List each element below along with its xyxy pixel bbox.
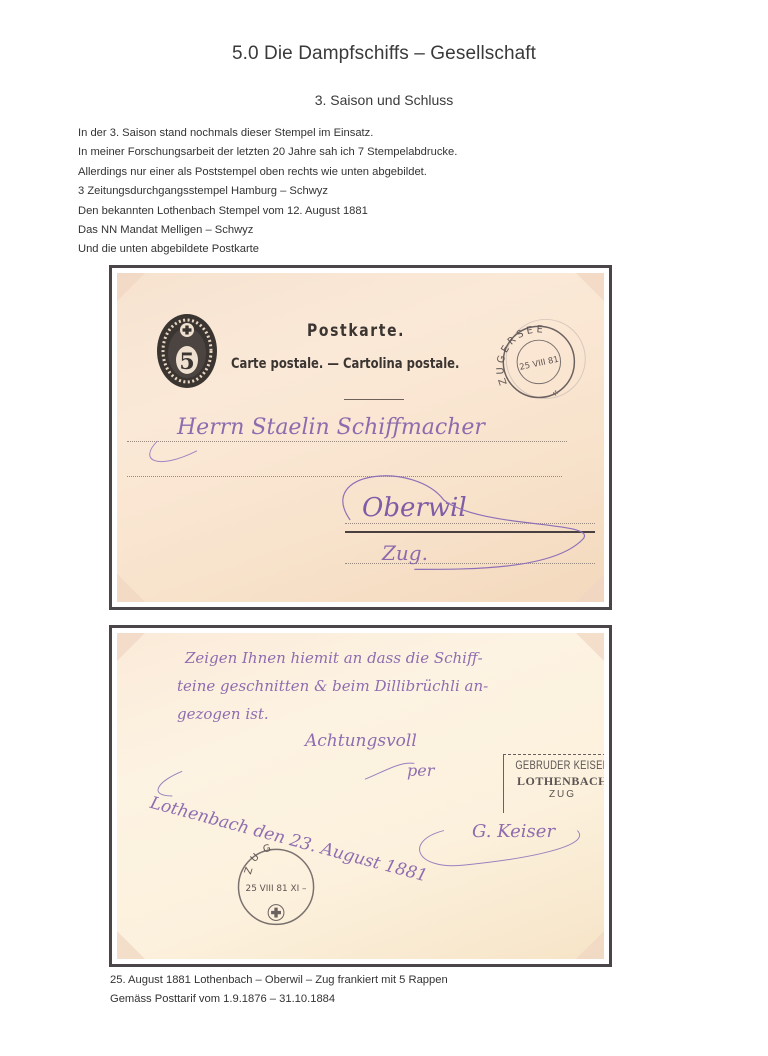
section-subtitle: 3. Saison und Schluss [0, 92, 768, 108]
intro-line: In der 3. Saison stand nochmals dieser S… [78, 124, 457, 143]
caption: 25. August 1881 Lothenbach – Oberwil – Z… [110, 971, 448, 1010]
postcard-back-frame: Zeigen Ihnen hiemit an dass die Schiff- … [109, 625, 612, 967]
caption-line: 25. August 1881 Lothenbach – Oberwil – Z… [110, 971, 448, 990]
postcard-front-frame: 5 Postkarte. Carte postale. — Cartolina … [109, 265, 612, 610]
postcard-back: Zeigen Ihnen hiemit an dass die Schiff- … [117, 633, 604, 959]
intro-line: Das NN Mandat Melligen – Schwyz [78, 221, 457, 240]
caption-line: Gemäss Posttarif vom 1.9.1876 – 31.10.18… [110, 990, 448, 1009]
intro-line: Und die unten abgebildete Postkarte [78, 240, 457, 259]
handwriting-flourish [117, 273, 604, 602]
intro-line: 3 Zeitungsdurchgangsstempel Hamburg – Sc… [78, 182, 457, 201]
intro-line: In meiner Forschungsarbeit der letzten 2… [78, 143, 457, 162]
page-title: 5.0 Die Dampfschiffs – Gesellschaft [0, 43, 768, 65]
svg-text:ZUG: ZUG [243, 841, 278, 876]
zug-cancel: ZUG 25 VIII 81 XI – [117, 633, 604, 959]
postcard-front: 5 Postkarte. Carte postale. — Cartolina … [117, 273, 604, 602]
swiss-cross-icon [268, 905, 284, 921]
intro-line: Allerdings nur einer als Poststempel obe… [78, 163, 457, 182]
intro-line: Den bekannten Lothenbach Stempel vom 12.… [78, 202, 457, 221]
intro-text: In der 3. Saison stand nochmals dieser S… [78, 124, 457, 260]
svg-text:25 VIII 81 XI –: 25 VIII 81 XI – [246, 884, 307, 894]
